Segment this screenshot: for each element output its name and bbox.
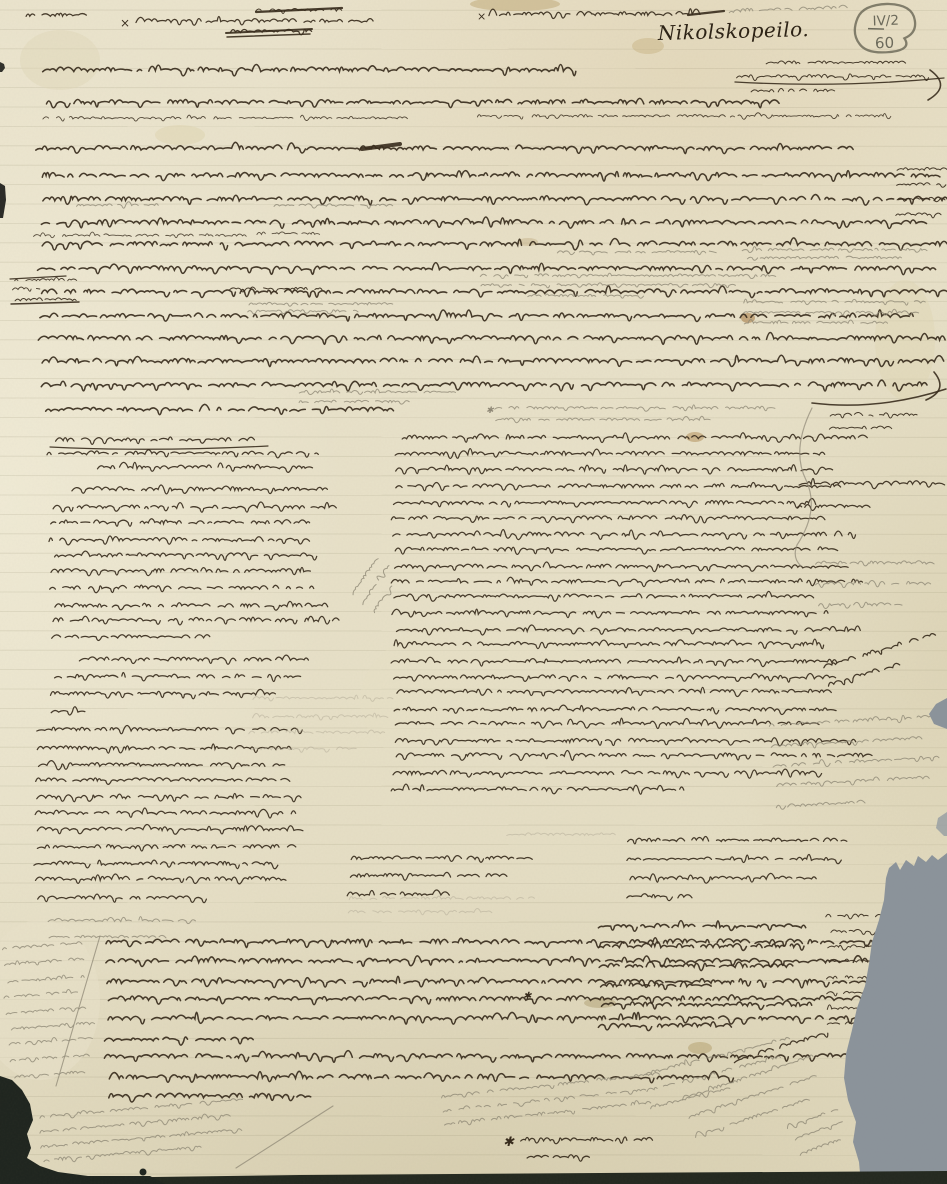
manuscript-page: Nikolskopeilo. IV/2 60 ××✱✱✱ (0, 0, 947, 1184)
paper-grain (0, 0, 947, 1184)
manuscript-artwork: Nikolskopeilo. IV/2 60 ××✱✱✱ (0, 0, 947, 1184)
